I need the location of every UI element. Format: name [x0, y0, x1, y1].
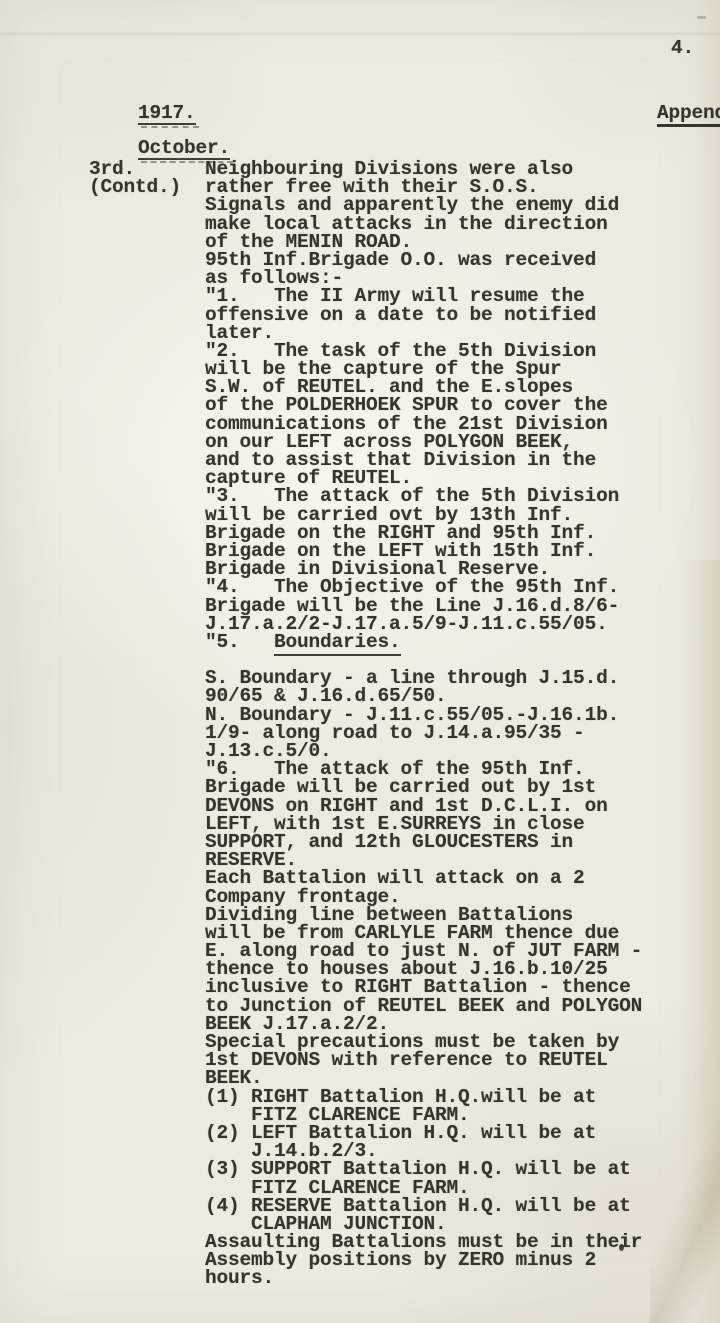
- corner-fold-shadow: [650, 1040, 720, 1323]
- appendix-heading: Appendix.: [611, 86, 720, 104]
- text-line: "1. The II Army will resume the: [205, 287, 642, 305]
- text-line: 90/65 & J.16.d.65/50.: [205, 687, 642, 705]
- text-line: offensive on a date to be notified: [205, 306, 642, 324]
- page-number: 4.: [671, 39, 694, 57]
- date-margin-column: 3rd. (Contd.): [89, 160, 181, 196]
- body-lines-upper: Neighbouring Divisions were alsorather f…: [205, 160, 642, 633]
- text-line: Each Battalion will attack on a 2: [205, 869, 642, 887]
- text-line: hours.: [205, 1269, 642, 1287]
- scanned-document-page: 4. 1917. Appendix. October. 3rd. (Contd.…: [0, 0, 720, 1323]
- text-line: BEEK.: [205, 1069, 642, 1087]
- body-lines-lower: S. Boundary - a line through J.15.d.90/6…: [205, 651, 642, 1288]
- month-heading: October.: [92, 121, 230, 139]
- paper-crease: [0, 32, 720, 36]
- ink-speck: [697, 16, 706, 19]
- text-line: of the POLDERHOEK SPUR to cover the: [205, 396, 642, 414]
- text-line: "3. The attack of the 5th Division: [205, 487, 642, 505]
- text-line: inclusive to RIGHT Battalion - thence: [205, 978, 642, 996]
- appendix-heading-text: Appendix.: [657, 104, 720, 127]
- text-line: Signals and apparently the enemy did: [205, 196, 642, 214]
- body-text-block: Neighbouring Divisions were alsorather f…: [205, 160, 642, 1288]
- text-line: (3) SUPPORT Battalion H.Q. will be at: [205, 1160, 642, 1178]
- boundaries-label: Boundaries.: [274, 631, 401, 656]
- text-line: 1st DEVONS with reference to REUTEL: [205, 1051, 642, 1069]
- contd-label: (Contd.): [89, 178, 181, 196]
- boundaries-heading-line: "5. Boundaries.: [205, 633, 642, 651]
- text-line: Brigade will be carried out by 1st: [205, 778, 642, 796]
- text-line: "4. The Objective of the 95th Inf.: [205, 578, 642, 596]
- text-line: Brigade will be the Line J.16.d.8/6-: [205, 597, 642, 615]
- text-line: Company frontage.: [205, 888, 642, 906]
- year-heading: 1917.: [92, 86, 196, 104]
- text-line: FITZ CLARENCE FARM.: [205, 1179, 642, 1197]
